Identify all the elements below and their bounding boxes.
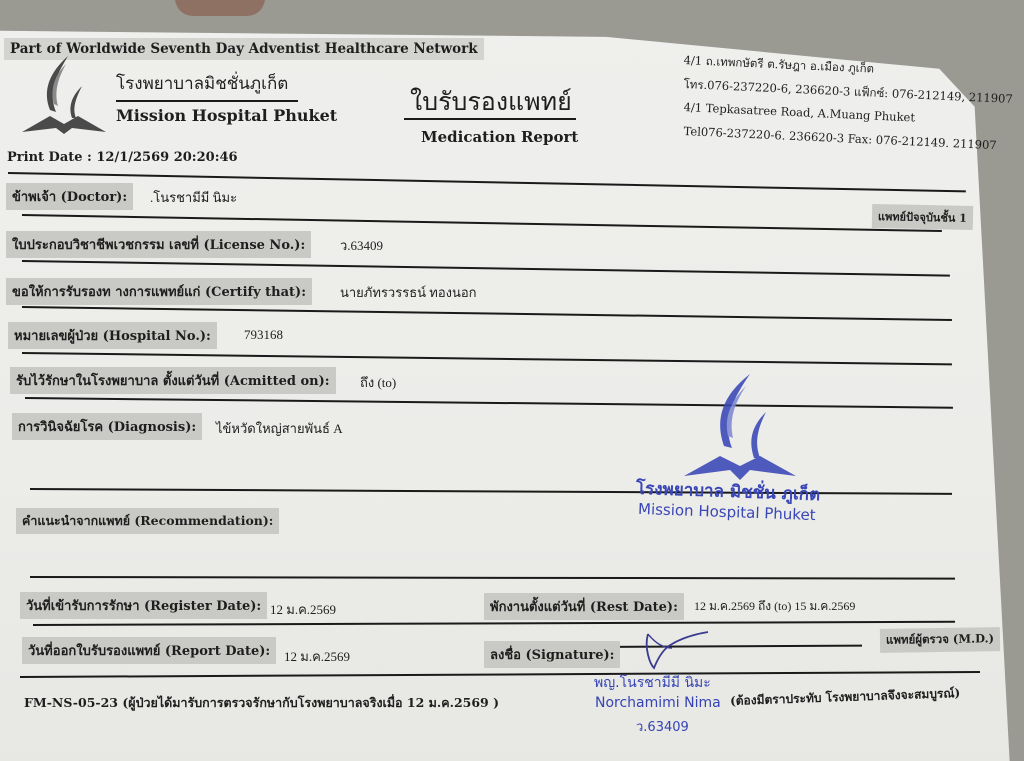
form-code: FM-NS-05-23 (ผู้ป่วยได้มารับการตรวจรักษา… xyxy=(24,693,499,713)
certify-value: นายภัทรวรรธน์ ทองนอก xyxy=(340,282,477,303)
current-doctor-badge: แพทย์ปัจจุบันชั้น 1 xyxy=(872,204,973,230)
register-date-value: 12 ม.ค.2569 xyxy=(270,599,336,620)
divider xyxy=(404,118,576,120)
recommendation-label: คำแนะนำจากแพทย์ (Recommendation): xyxy=(16,508,279,534)
hospital-name-en: Mission Hospital Phuket xyxy=(116,106,337,125)
signature-name-en: Norchamimi Nima xyxy=(595,695,721,711)
doctor-value: .โนรชามีมี นิมะ xyxy=(150,187,237,208)
document-title-en: Medication Report xyxy=(421,128,578,146)
diagnosis-label: การวินิจฉัยโรค (Diagnosis): xyxy=(12,413,202,440)
admitted-value: ถึง (to) xyxy=(360,372,396,393)
divider xyxy=(116,100,298,102)
report-date-value: 12 ม.ค.2569 xyxy=(284,646,350,667)
signature-scribble-icon xyxy=(642,630,712,672)
hospital-stamp-logo-icon xyxy=(680,372,800,482)
print-date: Print Date : 12/1/2569 20:20:46 xyxy=(7,150,238,165)
report-date-label: วันที่ออกใบรับรองแพทย์ (Report Date): xyxy=(22,637,276,664)
signature-license: ว.63409 xyxy=(636,716,689,737)
finger xyxy=(175,0,265,16)
admitted-label: รับไว้รักษาในโรงพยาบาล ตั้งแต่วันที่ (Ac… xyxy=(10,367,336,394)
hospital-no-label: หมายเลขผู้ป่วย (Hospital No.): xyxy=(8,322,217,349)
certify-label: ขอให้การรับรองท างการแพทย์แก่ (Certify t… xyxy=(6,278,312,305)
hospital-logo-icon xyxy=(20,54,110,136)
license-label: ใบประกอบวิชาชีพเวชกรรม เลขที่ (License N… xyxy=(6,231,311,258)
rest-date-value: 12 ม.ค.2569 ถึง (to) 15 ม.ค.2569 xyxy=(694,597,855,616)
document-title-th: ใบรับรองแพทย์ xyxy=(410,82,572,122)
hospital-no-value: 793168 xyxy=(244,327,283,343)
register-date-label: วันที่เข้ารับการรักษา (Register Date): xyxy=(20,592,267,619)
license-value: ว.63409 xyxy=(340,235,383,256)
doctor-label: ข้าพเจ้า (Doctor): xyxy=(6,183,133,210)
diagnosis-value: ไข้หวัดใหญ่สายพันธ์ A xyxy=(216,418,343,439)
signature-label: ลงชื่อ (Signature): xyxy=(484,641,620,668)
examiner-badge: แพทย์ผู้ตรวจ (M.D.) xyxy=(880,627,1000,653)
rest-date-label: พักงานตั้งแต่วันที่ (Rest Date): xyxy=(484,593,684,620)
hospital-name-th: โรงพยาบาลมิชชั่นภูเก็ต xyxy=(116,70,288,97)
signature-name-th: พญ.โนรชามีมี นิมะ xyxy=(594,672,711,694)
